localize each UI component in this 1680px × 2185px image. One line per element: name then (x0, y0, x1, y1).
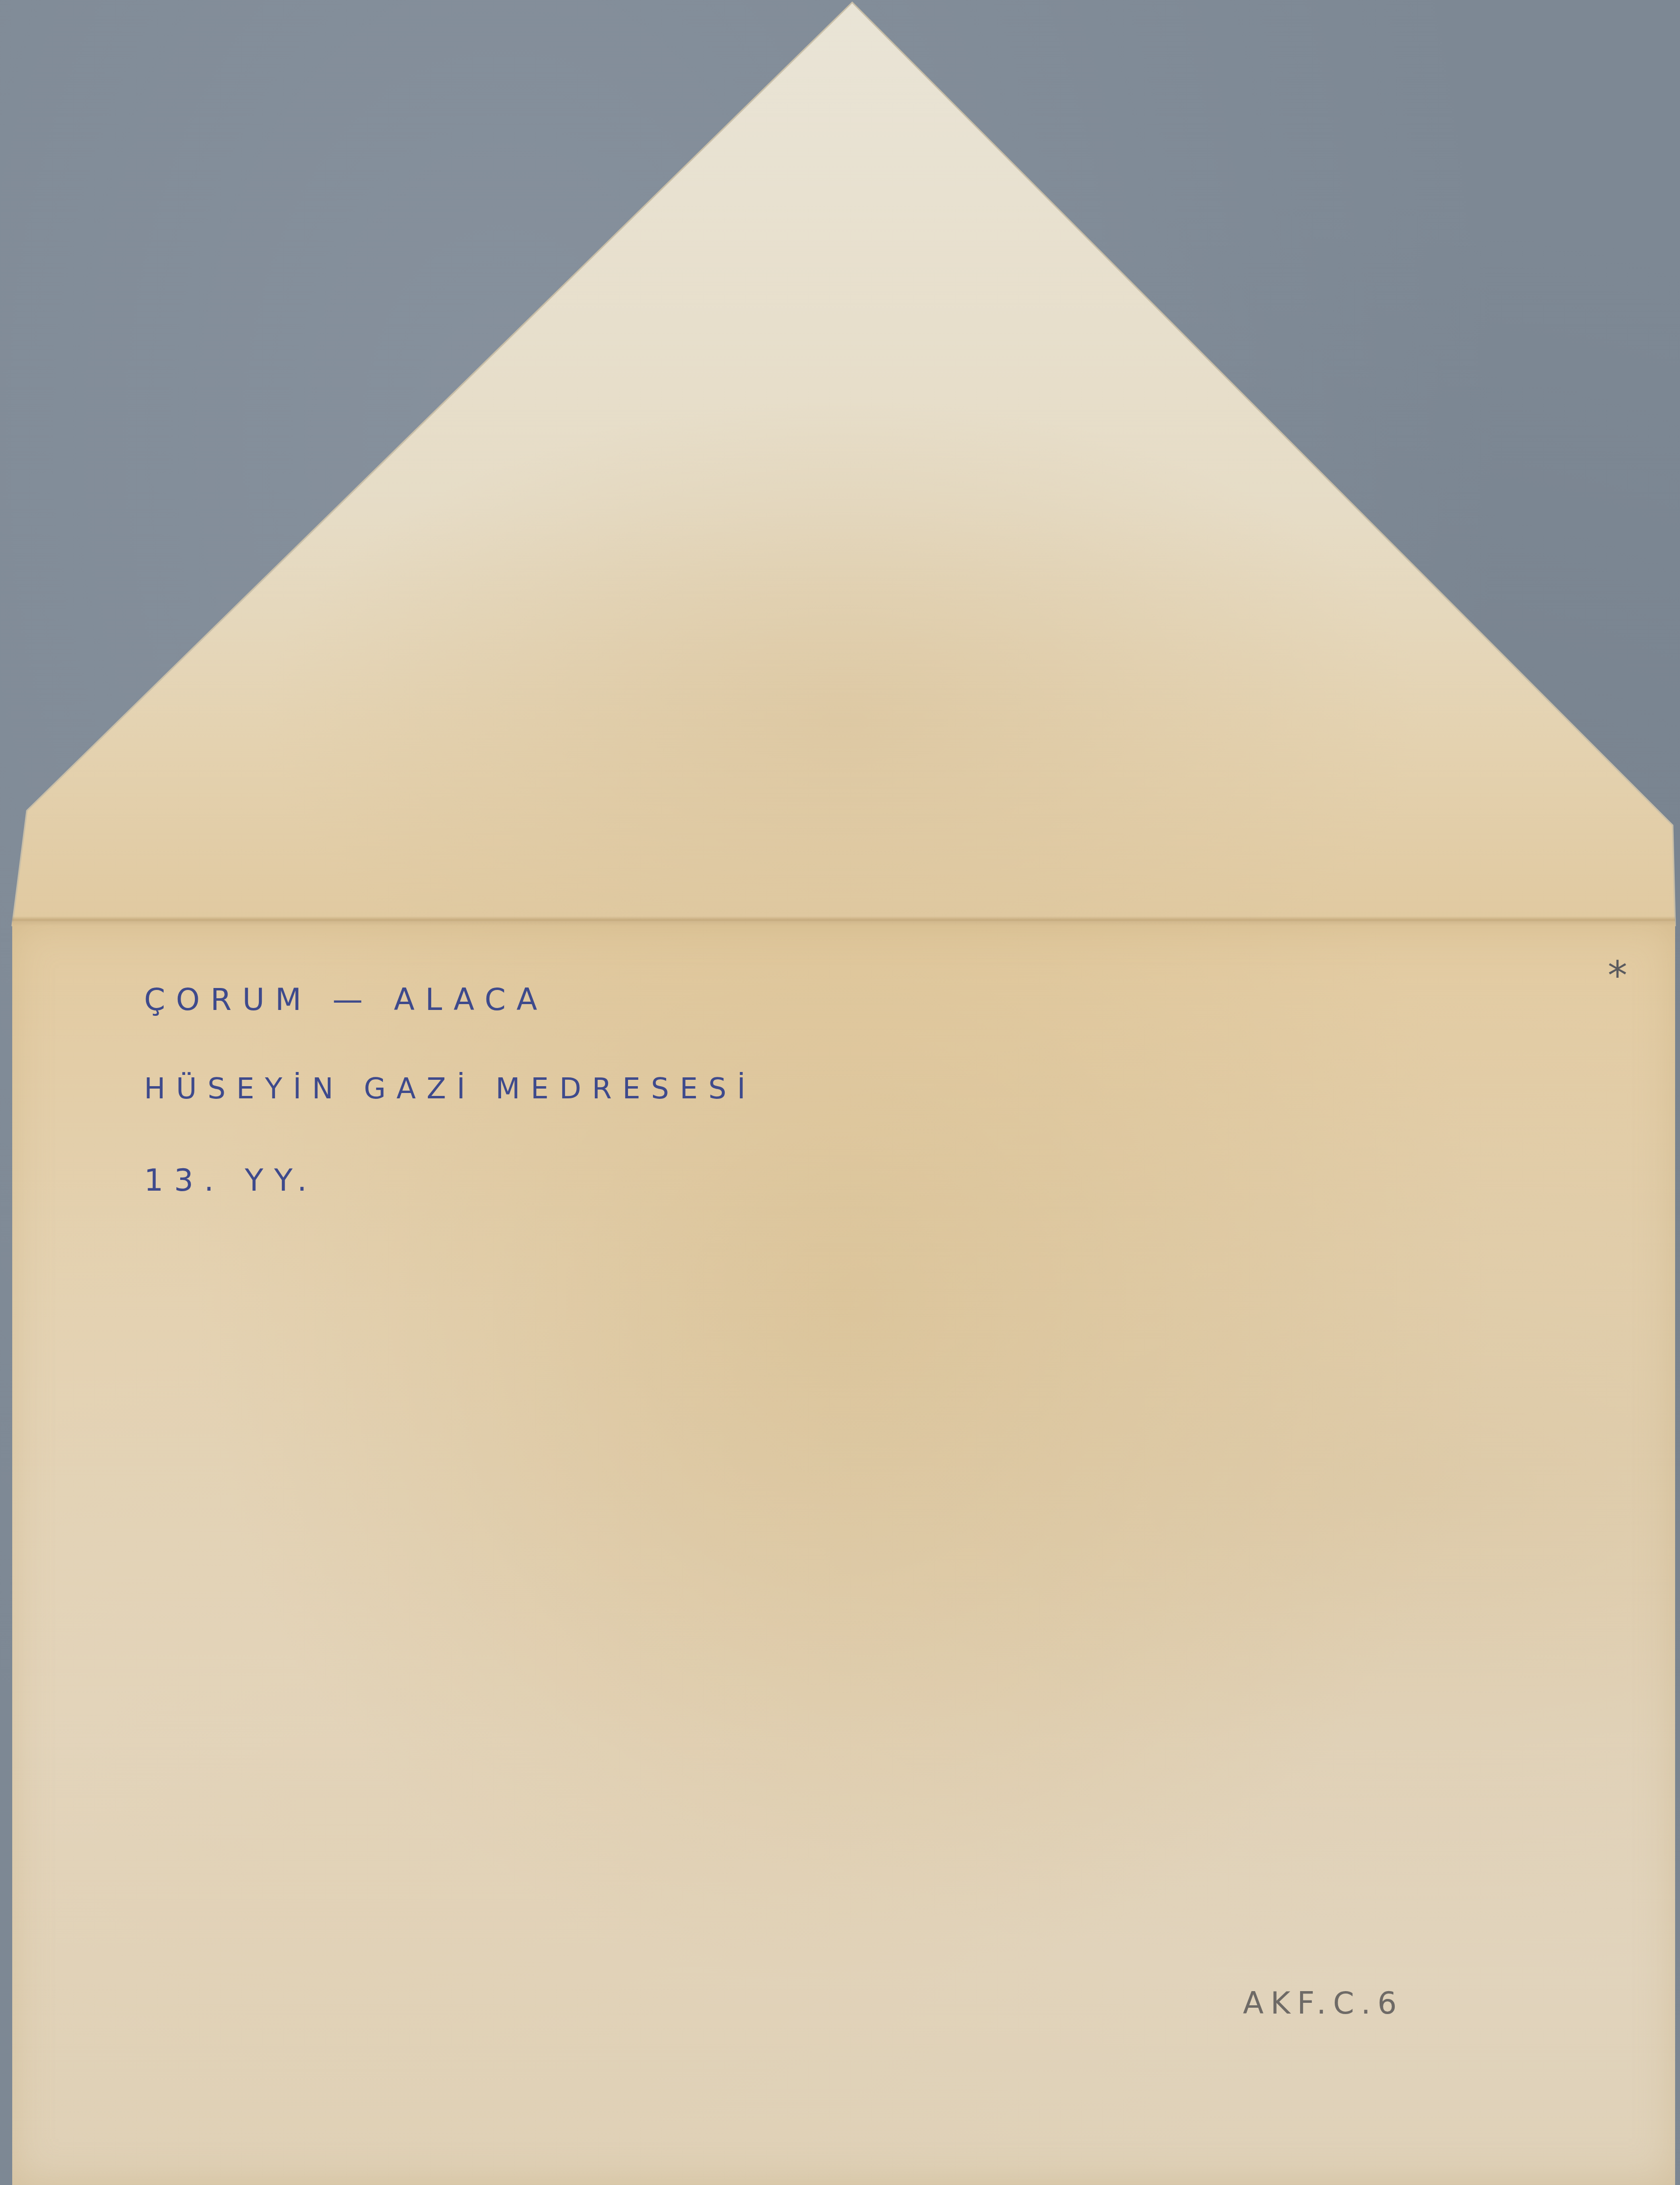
catalog-code: AKF.C.6 (1243, 1985, 1404, 2021)
asterisk-icon: * (1608, 956, 1627, 995)
envelope-flap (0, 0, 1680, 928)
envelope-body (12, 922, 1675, 2185)
envelope: ÇORUM — ALACA HÜSEYİN GAZİ MEDRESESİ 13.… (0, 0, 1680, 2185)
century-text: 13. YY. (144, 1162, 317, 1198)
fold-line (12, 916, 1675, 926)
building-name-text: HÜSEYİN GAZİ MEDRESESİ (144, 1072, 756, 1105)
location-text: ÇORUM — ALACA (144, 982, 548, 1017)
